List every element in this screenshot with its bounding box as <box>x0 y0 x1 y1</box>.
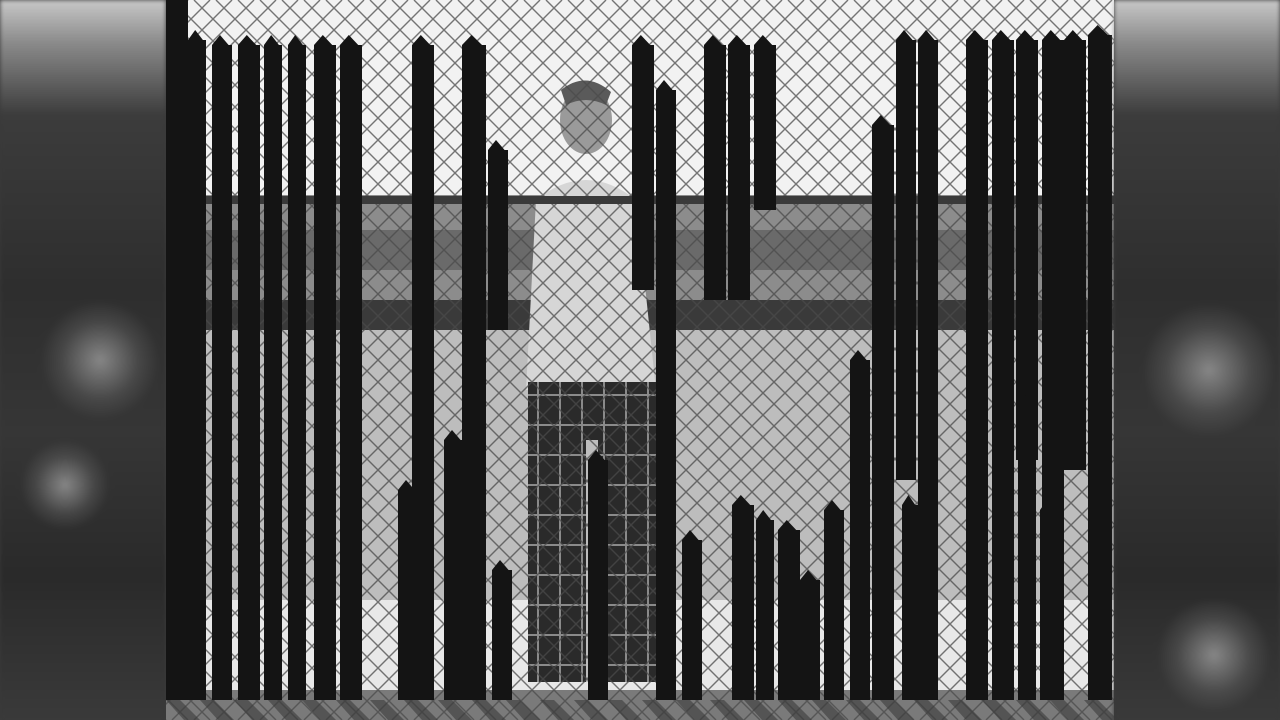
wooden-slat <box>872 125 894 700</box>
wooden-slat <box>488 150 508 330</box>
wooden-slat <box>1016 40 1038 460</box>
blurred-right-panel <box>1114 0 1280 720</box>
wooden-slat <box>166 0 188 700</box>
wooden-slat <box>314 45 336 700</box>
wooden-slat <box>1064 40 1086 470</box>
wooden-slat <box>492 570 512 700</box>
wooden-slat <box>704 45 726 300</box>
wooden-slat <box>992 40 1014 700</box>
wooden-slat <box>732 505 754 700</box>
wooden-slat <box>918 40 938 700</box>
wooden-slat <box>340 45 362 700</box>
wooden-slat <box>588 460 608 700</box>
wooden-slat <box>824 510 844 700</box>
photograph <box>166 0 1114 720</box>
wooden-slat <box>966 40 988 700</box>
wooden-slat <box>632 45 654 290</box>
wooden-slat <box>288 45 306 700</box>
fence-scene <box>166 0 1114 720</box>
wooden-slat <box>800 580 820 700</box>
wooden-slat <box>754 45 776 210</box>
wooden-slat <box>756 520 774 700</box>
wooden-slat <box>444 440 464 700</box>
wooden-slat <box>728 45 750 300</box>
wooden-slat <box>238 45 260 700</box>
wooden-slat <box>902 505 918 700</box>
blurred-left-panel <box>0 0 166 720</box>
wooden-slat <box>682 540 702 700</box>
wooden-slat <box>398 490 418 700</box>
wooden-slat <box>778 530 800 700</box>
wooden-slat <box>1088 35 1112 700</box>
wooden-slat <box>1040 510 1058 700</box>
wooden-slat <box>1018 405 1036 700</box>
wooden-slat <box>656 90 676 700</box>
wooden-slat <box>850 360 870 700</box>
wooden-slat <box>264 45 282 700</box>
wooden-slat <box>212 45 232 700</box>
wooden-slat <box>188 40 206 700</box>
wooden-slat <box>462 45 486 700</box>
wooden-slat <box>896 40 916 480</box>
